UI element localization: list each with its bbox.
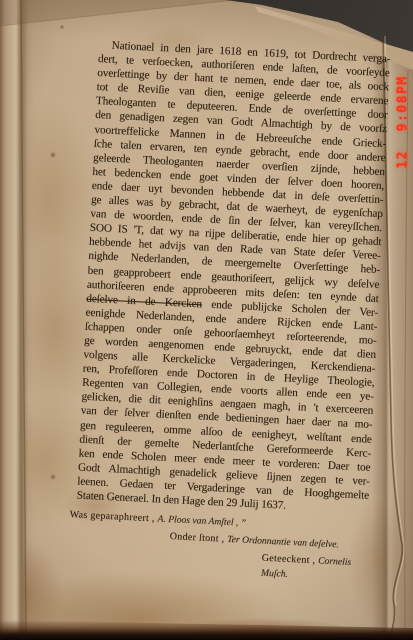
colophon-prefix: Was geparaphreert , — [69, 509, 155, 524]
top-fold-line — [0, 0, 235, 26]
document-text-block: Nationael in den jare 1618 en 1619, tot … — [73, 38, 391, 586]
camera-timestamp: 12 9:08PM — [396, 75, 411, 168]
colophon-prefix: Geteeckent , — [262, 553, 316, 567]
colophon-prefix: Onder ſtont , — [169, 531, 224, 545]
body-paragraph: Nationael in den jare 1618 en 1619, tot … — [76, 38, 390, 517]
colophon-line-signed: Geteeckent , Cornelis Muſch. — [261, 551, 366, 586]
left-crease-line — [21, 0, 26, 640]
colophon-signature: A. Ploos van Amſtel , ” — [157, 514, 246, 529]
colophon-signature: Ter Ordonnantie van deſelve. — [227, 534, 339, 550]
photo-frame: Nationael in den jare 1618 en 1619, tot … — [0, 0, 413, 640]
